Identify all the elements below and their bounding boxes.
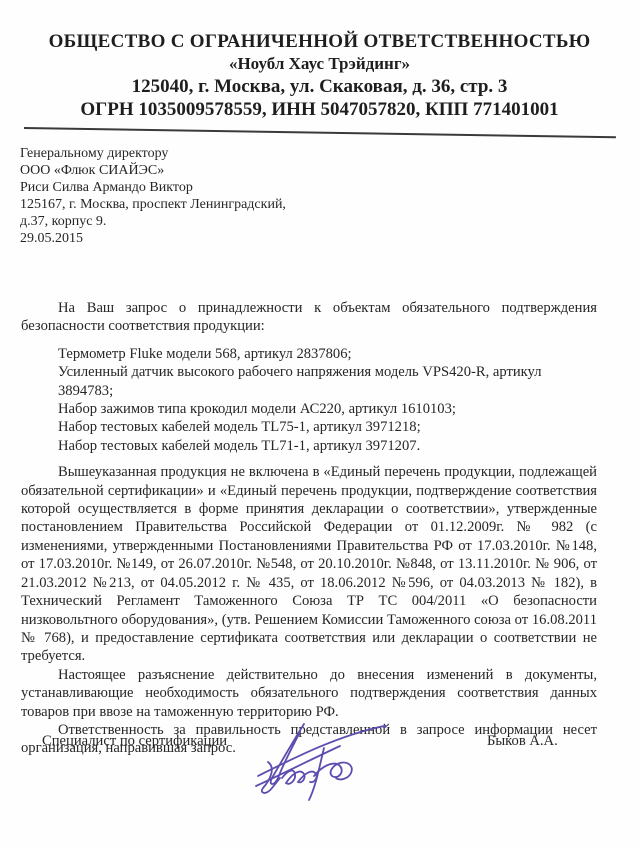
letter-body: На Ваш запрос о принадлежности к объекта…: [21, 299, 597, 758]
recipient-line: 125167, г. Москва, проспект Ленинградски…: [20, 196, 350, 213]
product-item: Термометр Fluke модели 568, артикул 2837…: [58, 345, 597, 363]
recipient-line: Генеральному директору: [20, 145, 350, 162]
intro-paragraph: На Ваш запрос о принадлежности к объекта…: [21, 299, 597, 336]
signer-name: Быков А.А.: [487, 733, 558, 750]
letterhead-address: 125040, г. Москва, ул. Скаковая, д. 36, …: [0, 75, 639, 98]
handwritten-signature-icon: [248, 710, 388, 810]
product-item: Усиленный датчик высокого рабочего напря…: [58, 363, 597, 400]
product-item: Набор тестовых кабелей модель TL75-1, ар…: [58, 418, 597, 436]
signature-block: Специалист по сертификации: [0, 700, 639, 820]
product-item: Набор тестовых кабелей модель TL71-1, ар…: [58, 437, 597, 455]
letterhead: ОБЩЕСТВО С ОГРАНИЧЕННОЙ ОТВЕТСТВЕННОСТЬЮ…: [0, 0, 639, 121]
product-item: Набор зажимов типа крокодил модели АС220…: [58, 400, 597, 418]
recipient-line: ООО «Флюк СИАЙЭС»: [20, 162, 350, 179]
signer-role: Специалист по сертификации: [42, 733, 227, 750]
recipient-line: Риси Силва Армандо Виктор: [20, 179, 350, 196]
letter-page: ОБЩЕСТВО С ОГРАНИЧЕННОЙ ОТВЕТСТВЕННОСТЬЮ…: [0, 0, 639, 850]
letterhead-divider: [24, 127, 616, 138]
clarification-paragraph: Вышеуказанная продукция не включена в «Е…: [21, 463, 597, 665]
letter-date: 29.05.2015: [20, 230, 350, 247]
letterhead-company-name: «Ноубл Хаус Трэйдинг»: [0, 53, 639, 75]
product-list: Термометр Fluke модели 568, артикул 2837…: [21, 345, 597, 455]
letterhead-company-type: ОБЩЕСТВО С ОГРАНИЧЕННОЙ ОТВЕТСТВЕННОСТЬЮ: [0, 30, 639, 53]
recipient-block: Генеральному директору ООО «Флюк СИАЙЭС»…: [20, 145, 350, 247]
letterhead-registration: ОГРН 1035009578559, ИНН 5047057820, КПП …: [0, 98, 639, 121]
recipient-line: д.37, корпус 9.: [20, 213, 350, 230]
